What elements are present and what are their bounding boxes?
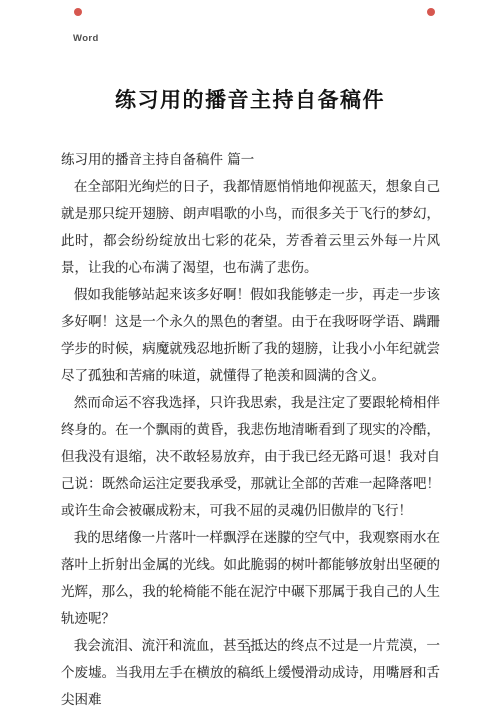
red-seal-icon [74, 8, 82, 16]
document-subtitle: 练习用的播音主持自备稿件 篇一 [61, 147, 440, 174]
paragraph: 我的思绪像一片落叶一样飘浮在迷朦的空气中，我观察雨水在落叶上折射出金属的光线。如… [61, 525, 440, 633]
paragraph: 在全部阳光绚烂的日子，我都情愿悄悄地仰视蓝天，想象自己就是那只绽开翅膀、朗声唱歌… [61, 174, 440, 282]
document-title: 练习用的播音主持自备稿件 [0, 84, 500, 114]
page-number: - 1 - [0, 646, 500, 656]
paragraph: 我会流泪、流汗和流血，甚至抵达的终点不过是一片荒漠，一个废墟。当我用左手在横放的… [61, 633, 440, 707]
red-seal-icon [427, 8, 435, 16]
document-body: 练习用的播音主持自备稿件 篇一 在全部阳光绚烂的日子，我都情愿悄悄地仰视蓝天，想… [61, 147, 440, 707]
paragraph: 然而命运不容我选择，只许我思索，我是注定了要跟轮椅相伴终身的。在一个飘雨的黄昏，… [61, 390, 440, 525]
document-page: Word 练习用的播音主持自备稿件 练习用的播音主持自备稿件 篇一 在全部阳光绚… [0, 0, 500, 707]
paragraph: 假如我能够站起来该多好啊！假如我能够走一步，再走一步该多好啊！这是一个永久的黑色… [61, 282, 440, 390]
word-app-label: Word [73, 33, 99, 44]
